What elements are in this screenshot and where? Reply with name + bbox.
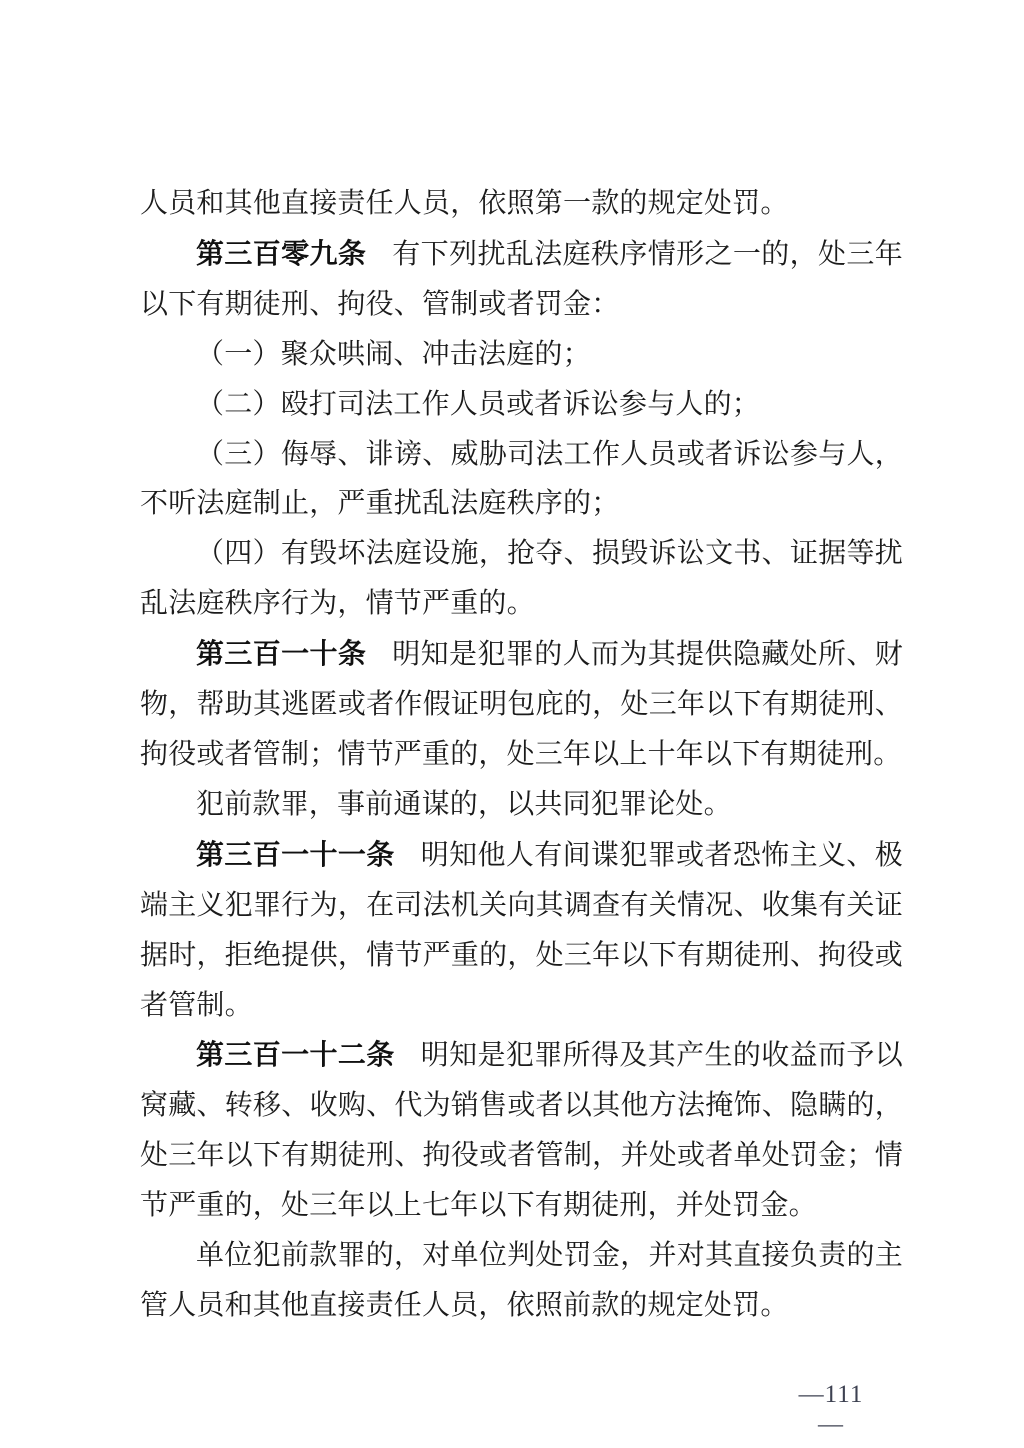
paragraph-item-1: （一）聚众哄闹、冲击法庭的； (140, 330, 903, 380)
paragraph-continuation: 人员和其他直接责任人员，依照第一款的规定处罚。 (140, 179, 903, 229)
paragraph-article-312: 第三百一十二条明知是犯罪所得及其产生的收益而予以窝藏、转移、收购、代为销售或者以… (140, 1030, 903, 1231)
document-body: 人员和其他直接责任人员，依照第一款的规定处罚。 第三百零九条有下列扰乱法庭秩序情… (140, 179, 903, 1331)
article-number-312: 第三百一十二条 (196, 1039, 395, 1070)
paragraph-article-309: 第三百零九条有下列扰乱法庭秩序情形之一的，处三年以下有期徒刑、拘役、管制或者罚金… (140, 229, 903, 330)
document-page: 人员和其他直接责任人员，依照第一款的规定处罚。 第三百零九条有下列扰乱法庭秩序情… (0, 0, 1024, 1448)
article-number-311: 第三百一十一条 (196, 839, 395, 870)
paragraph-item-4: （四）有毁坏法庭设施，抢夺、损毁诉讼文书、证据等扰乱法庭秩序行为，情节严重的。 (140, 529, 903, 629)
paragraph-article-312-clause-2: 单位犯前款罪的，对单位判处罚金，并对其直接负责的主管人员和其他直接责任人员，依照… (140, 1231, 903, 1331)
paragraph-item-2: （二）殴打司法工作人员或者诉讼参与人的； (140, 380, 903, 430)
paragraph-article-310: 第三百一十条明知是犯罪的人而为其提供隐藏处所、财物，帮助其逃匿或者作假证明包庇的… (140, 629, 903, 780)
paragraph-item-3: （三）侮辱、诽谤、威胁司法工作人员或者诉讼参与人，不听法庭制止，严重扰乱法庭秩序… (140, 430, 903, 530)
article-number-309: 第三百零九条 (196, 238, 366, 269)
page-number: —111— (786, 1380, 876, 1440)
paragraph-article-311: 第三百一十一条明知他人有间谍犯罪或者恐怖主义、极端主义犯罪行为，在司法机关向其调… (140, 830, 903, 1031)
article-number-310: 第三百一十条 (196, 638, 366, 669)
paragraph-article-310-clause-2: 犯前款罪，事前通谋的，以共同犯罪论处。 (140, 780, 903, 830)
